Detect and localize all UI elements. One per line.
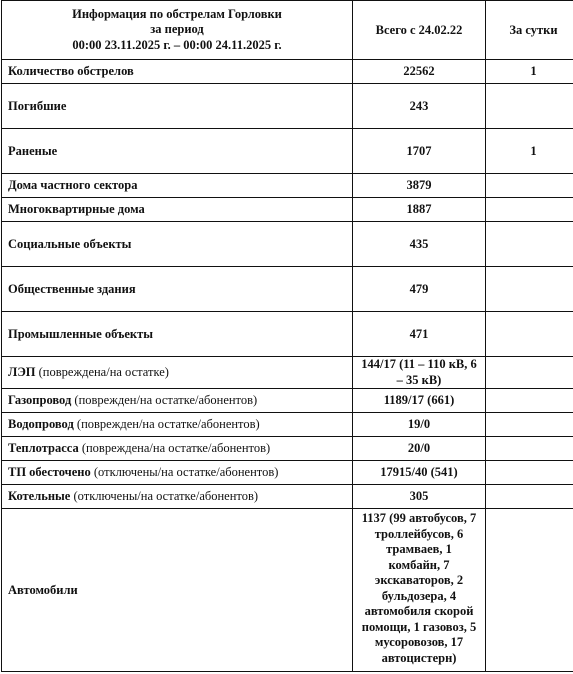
row-day (486, 389, 573, 413)
row-total: 20/0 (353, 437, 486, 461)
row-label: Водопровод (поврежден/на остатке/абонент… (2, 413, 353, 437)
column-header-day: За сутки (486, 1, 573, 60)
table-header-row: Информация по обстрелам Горловки за пери… (2, 1, 573, 60)
row-label: Котельные (отключены/на остатке/абоненто… (2, 485, 353, 509)
table-row: Количество обстрелов 22562 1 (2, 60, 573, 84)
row-total: 1707 (353, 129, 486, 174)
row-label: Количество обстрелов (2, 60, 353, 84)
row-total: 22562 (353, 60, 486, 84)
row-label-note: (поврежден/на остатке/абонентов) (74, 417, 260, 431)
row-total: 479 (353, 267, 486, 312)
table-row: Многоквартирные дома 1887 (2, 198, 573, 222)
row-total: 17915/40 (541) (353, 461, 486, 485)
row-label: ТП обесточено (отключены/на остатке/абон… (2, 461, 353, 485)
table-row: ЛЭП (повреждена/на остатке) 144/17 (11 –… (2, 357, 573, 389)
row-label-note: (отключены/на остатке/абонентов) (70, 489, 258, 503)
row-label-note: (отключены/на остатке/абонентов) (91, 465, 279, 479)
row-day (486, 198, 573, 222)
table-row: Газопровод (поврежден/на остатке/абонент… (2, 389, 573, 413)
report-document: Информация по обстрелам Горловки за пери… (0, 0, 573, 672)
row-label-note: (повреждена/на остатке/абонентов) (79, 441, 270, 455)
table-row: ТП обесточено (отключены/на остатке/абон… (2, 461, 573, 485)
row-day: 1 (486, 129, 573, 174)
table-row: Раненые 1707 1 (2, 129, 573, 174)
table-row: Автомобили 1137 (99 автобусов, 7 троллей… (2, 509, 573, 672)
row-label-note: (поврежден/на остатке/абонентов) (71, 393, 257, 407)
row-label: Погибшие (2, 84, 353, 129)
column-header-total: Всего с 24.02.22 (353, 1, 486, 60)
title-line-3-period: 00:00 23.11.2025 г. – 00:00 24.11.2025 г… (8, 38, 346, 54)
row-label-note: (повреждена/на остатке) (36, 365, 169, 379)
row-total: 1137 (99 автобусов, 7 троллейбусов, 6 тр… (353, 509, 486, 672)
row-day (486, 413, 573, 437)
row-label: Многоквартирные дома (2, 198, 353, 222)
row-label: Раненые (2, 129, 353, 174)
row-total: 1887 (353, 198, 486, 222)
row-day (486, 312, 573, 357)
row-label: Общественные здания (2, 267, 353, 312)
row-label: Дома частного сектора (2, 174, 353, 198)
title-line-2: за период (8, 22, 346, 38)
table-row: Погибшие 243 (2, 84, 573, 129)
row-day (486, 461, 573, 485)
row-day (486, 84, 573, 129)
table-row: Социальные объекты 435 (2, 222, 573, 267)
table-row: Водопровод (поврежден/на остатке/абонент… (2, 413, 573, 437)
row-day (486, 485, 573, 509)
row-total: 1189/17 (661) (353, 389, 486, 413)
table-row: Общественные здания 479 (2, 267, 573, 312)
row-label: Теплотрасса (повреждена/на остатке/абоне… (2, 437, 353, 461)
row-day (486, 267, 573, 312)
row-label: ЛЭП (повреждена/на остатке) (2, 357, 353, 389)
row-total: 471 (353, 312, 486, 357)
row-label: Автомобили (2, 509, 353, 672)
row-total: 435 (353, 222, 486, 267)
row-total: 243 (353, 84, 486, 129)
row-total: 144/17 (11 – 110 кВ, 6 – 35 кВ) (353, 357, 486, 389)
row-day (486, 357, 573, 389)
row-day (486, 437, 573, 461)
table-row: Дома частного сектора 3879 (2, 174, 573, 198)
shelling-report-table: Информация по обстрелам Горловки за пери… (1, 0, 573, 672)
table-row: Промышленные объекты 471 (2, 312, 573, 357)
row-total: 305 (353, 485, 486, 509)
row-day (486, 174, 573, 198)
report-title: Информация по обстрелам Горловки за пери… (2, 1, 353, 60)
row-total: 3879 (353, 174, 486, 198)
row-day: 1 (486, 60, 573, 84)
row-total: 19/0 (353, 413, 486, 437)
row-label: Промышленные объекты (2, 312, 353, 357)
row-label: Газопровод (поврежден/на остатке/абонент… (2, 389, 353, 413)
title-line-1: Информация по обстрелам Горловки (8, 7, 346, 23)
row-day (486, 222, 573, 267)
row-day (486, 509, 573, 672)
row-label: Социальные объекты (2, 222, 353, 267)
table-row: Теплотрасса (повреждена/на остатке/абоне… (2, 437, 573, 461)
table-row: Котельные (отключены/на остатке/абоненто… (2, 485, 573, 509)
